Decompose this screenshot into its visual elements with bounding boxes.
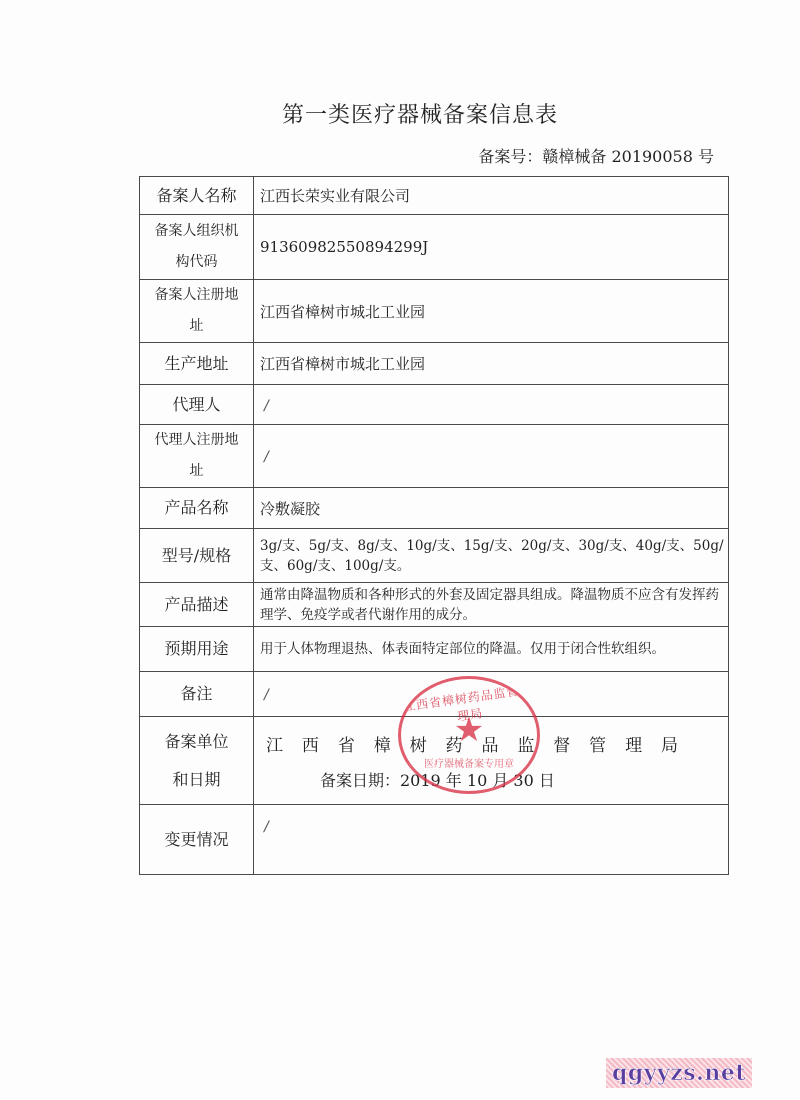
agency-char: 药 <box>446 731 465 756</box>
label-reg-address: 备案人注册地 址 <box>140 280 254 343</box>
table-row: 预期用途 用于人体物理退热、体表面特定部位的降温。仅用于闭合性软组织。 <box>140 627 729 672</box>
label-line: 址 <box>140 311 253 342</box>
record-number: 备案号：赣樟械备 20190058 号 <box>478 144 714 167</box>
label-filer-name: 备案人名称 <box>140 177 254 215</box>
page-title: 第一类医疗器械备案信息表 <box>0 98 800 129</box>
value-intended-use: 用于人体物理退热、体表面特定部位的降温。仅用于闭合性软组织。 <box>254 627 729 672</box>
agency-char: 监 <box>517 731 536 756</box>
value-filer-name: 江西长荣实业有限公司 <box>254 177 729 215</box>
value-product-name: 冷敷凝胶 <box>254 488 729 529</box>
table-row: 产品名称 冷敷凝胶 <box>140 488 729 529</box>
empty-slash: / <box>260 398 269 414</box>
label-production-address: 生产地址 <box>140 343 254 385</box>
label-line: 构代码 <box>140 247 253 278</box>
label-changes: 变更情况 <box>140 805 254 875</box>
value-changes: / <box>254 805 729 875</box>
label-line: 和日期 <box>140 761 253 799</box>
agency-char: 江 <box>266 731 285 756</box>
agency-char: 理 <box>625 731 644 756</box>
table-row: 备注 / <box>140 672 729 717</box>
agency-char: 省 <box>338 731 357 756</box>
empty-slash: / <box>260 449 269 465</box>
label-product-description: 产品描述 <box>140 583 254 627</box>
value-org-code: 91360982550894299J <box>254 215 729 280</box>
label-intended-use: 预期用途 <box>140 627 254 672</box>
table-row: 变更情况 / <box>140 805 729 875</box>
value-reg-address: 江西省樟树市城北工业园 <box>254 280 729 343</box>
table-row: 备案人组织机 构代码 91360982550894299J <box>140 215 729 280</box>
label-line: 备案单位 <box>140 723 253 761</box>
value-product-description: 通常由降温物质和各种形式的外套及固定器具组成。降温物质不应含有发挥药理学、免疫学… <box>254 583 729 627</box>
label-model-spec: 型号/规格 <box>140 529 254 583</box>
agency-char: 局 <box>661 731 680 756</box>
label-agent-address: 代理人注册地 址 <box>140 425 254 488</box>
table-row: 备案人注册地 址 江西省樟树市城北工业园 <box>140 280 729 343</box>
table-row: 备案人名称 江西长荣实业有限公司 <box>140 177 729 215</box>
agency-char: 管 <box>589 731 608 756</box>
watermark-logo: qgyyzs.net <box>606 1058 752 1088</box>
agency-char: 西 <box>302 731 321 756</box>
agency-char: 督 <box>553 731 572 756</box>
table-row: 产品描述 通常由降温物质和各种形式的外套及固定器具组成。降温物质不应含有发挥药理… <box>140 583 729 627</box>
agency-char: 树 <box>410 731 429 756</box>
record-info-table: 备案人名称 江西长荣实业有限公司 备案人组织机 构代码 913609825508… <box>139 176 729 875</box>
empty-slash: / <box>260 687 269 703</box>
label-org-code: 备案人组织机 构代码 <box>140 215 254 280</box>
agency-name: 江 西 省 樟 树 药 品 监 督 管 理 局 <box>260 731 728 756</box>
table-row: 型号/规格 3g/支、5g/支、8g/支、10g/支、15g/支、20g/支、3… <box>140 529 729 583</box>
table-row: 代理人注册地 址 / <box>140 425 729 488</box>
value-model-spec: 3g/支、5g/支、8g/支、10g/支、15g/支、20g/支、30g/支、4… <box>254 529 729 583</box>
label-line: 备案人组织机 <box>140 216 253 247</box>
value-remarks: / <box>254 672 729 717</box>
value-agent-address: / <box>254 425 729 488</box>
table-row: 备案单位 和日期 江 西 省 樟 树 药 品 监 督 管 理 局 备案日期：20… <box>140 717 729 805</box>
label-line: 址 <box>140 456 253 487</box>
filing-date: 备案日期：2019 年 10 月 30 日 <box>260 768 728 791</box>
label-product-name: 产品名称 <box>140 488 254 529</box>
label-line: 备案人注册地 <box>140 280 253 311</box>
value-production-address: 江西省樟树市城北工业园 <box>254 343 729 385</box>
label-agent: 代理人 <box>140 385 254 425</box>
table-row: 代理人 / <box>140 385 729 425</box>
value-agent: / <box>254 385 729 425</box>
agency-char: 樟 <box>374 731 393 756</box>
label-remarks: 备注 <box>140 672 254 717</box>
table-row: 生产地址 江西省樟树市城北工业园 <box>140 343 729 385</box>
label-unit-date: 备案单位 和日期 <box>140 717 254 805</box>
agency-char: 品 <box>481 731 500 756</box>
value-unit-date: 江 西 省 樟 树 药 品 监 督 管 理 局 备案日期：2019 年 10 月… <box>254 717 729 805</box>
label-line: 代理人注册地 <box>140 425 253 456</box>
empty-slash: / <box>260 819 269 835</box>
